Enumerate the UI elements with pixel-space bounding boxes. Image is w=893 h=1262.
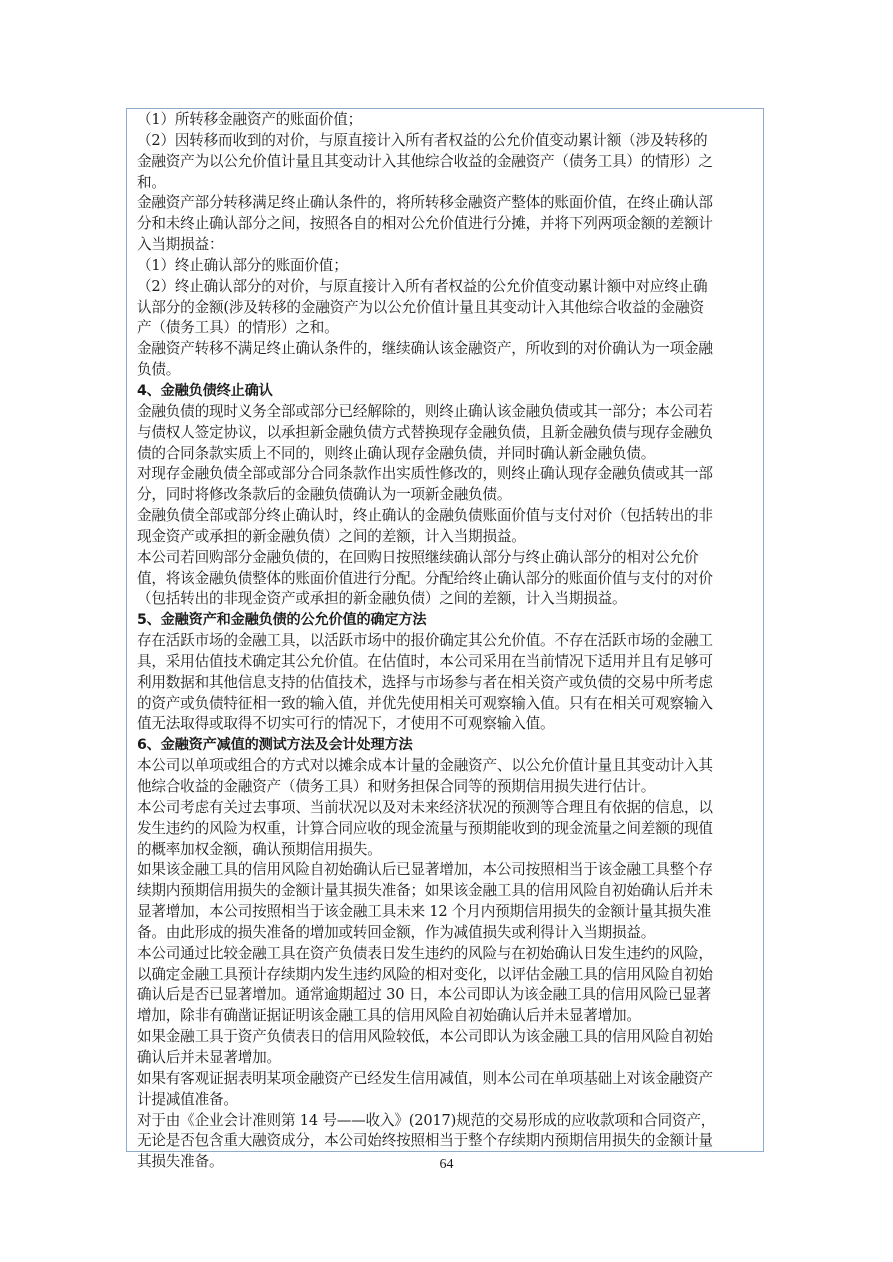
text-line: 以确定金融工具预计存续期内发生违约风险的相对变化，以评估金融工具的信用风险自初始 (137, 965, 757, 986)
text-line: 金融资产转移不满足终止确认条件的，继续确认该金融资产，所收到的对价确认为一项金融 (137, 339, 757, 360)
text-line: 本公司以单项或组合的方式对以摊余成本计量的金融资产、以公允价值计量且其变动计入其 (137, 756, 757, 777)
text-line: 如果该金融工具的信用风险自初始确认后已显著增加，本公司按照相当于该金融工具整个存 (137, 860, 757, 881)
text-line: 续期内预期信用损失的金额计量其损失准备；如果该金融工具的信用风险自初始确认后并未 (137, 881, 757, 902)
content-box: （1）所转移金融资产的账面价值；（2）因转移而收到的对价，与原直接计入所有者权益… (126, 108, 764, 1152)
text-line: 本公司通过比较金融工具在资产负债表日发生违约的风险与在初始确认日发生违约的风险， (137, 944, 757, 965)
text-line: 金融负债全部或部分终止确认时，终止确认的金融负债账面价值与支付对价（包括转出的非 (137, 506, 757, 527)
section-heading: 5、金融资产和金融负债的公允价值的确定方法 (137, 610, 757, 631)
text-line: 入当期损益： (137, 235, 757, 256)
text-line: 无论是否包含重大融资成分，本公司始终按照相当于整个存续期内预期信用损失的金额计量 (137, 1131, 757, 1152)
text-line: 计提减值准备。 (137, 1090, 757, 1111)
text-line: 存在活跃市场的金融工具，以活跃市场中的报价确定其公允价值。不存在活跃市场的金融工 (137, 631, 757, 652)
section-heading: 6、金融资产减值的测试方法及会计处理方法 (137, 735, 757, 756)
text-line: 显著增加，本公司按照相当于该金融工具未来 12 个月内预期信用损失的金额计量其损… (137, 902, 757, 923)
text-line: （2）终止确认部分的对价，与原直接计入所有者权益的公允价值变动累计额中对应终止确 (137, 277, 757, 298)
text-line: 与债权人签定协议，以承担新金融负债方式替换现存金融负债，且新金融负债与现存金融负 (137, 423, 757, 444)
text-line: 具，采用估值技术确定其公允价值。在估值时，本公司采用在当前情况下适用并且有足够可 (137, 652, 757, 673)
text-line: 和。 (137, 173, 757, 194)
text-line: 债的合同条款实质上不同的，则终止确认现存金融负债，并同时确认新金融负债。 (137, 444, 757, 465)
text-line: 本公司考虑有关过去事项、当前状况以及对未来经济状况的预测等合理且有依据的信息，以 (137, 798, 757, 819)
text-line: 分，同时将修改条款后的金融负债确认为一项新金融负债。 (137, 485, 757, 506)
text-line: 的资产或负债特征相一致的输入值，并优先使用相关可观察输入值。只有在相关可观察输入 (137, 694, 757, 715)
text-line: 他综合收益的金融资产（债务工具）和财务担保合同等的预期信用损失进行估计。 (137, 777, 757, 798)
text-line: 如果金融工具于资产负债表日的信用风险较低，本公司即认为该金融工具的信用风险自初始 (137, 1027, 757, 1048)
text-line: 本公司若回购部分金融负债的，在回购日按照继续确认部分与终止确认部分的相对公允价 (137, 548, 757, 569)
text-line: 增加，除非有确凿证据证明该金融工具的信用风险自初始确认后并未显著增加。 (137, 1006, 757, 1027)
text-line: 负债。 (137, 360, 757, 381)
text-line: 利用数据和其他信息支持的估值技术，选择与市场参与者在相关资产或负债的交易中所考虑 (137, 673, 757, 694)
text-line: 值，将该金融负债整体的账面价值进行分配。分配给终止确认部分的账面价值与支付的对价 (137, 569, 757, 590)
text-line: （1）终止确认部分的账面价值； (137, 256, 757, 277)
text-line: （包括转出的非现金资产或承担的新金融负债）之间的差额，计入当期损益。 (137, 589, 757, 610)
text-line: 对现存金融负债全部或部分合同条款作出实质性修改的，则终止确认现存金融负债或其一部 (137, 464, 757, 485)
text-line: 产（债务工具）的情形）之和。 (137, 318, 757, 339)
text-line: 发生违约的风险为权重，计算合同应收的现金流量与预期能收到的现金流量之间差额的现值 (137, 819, 757, 840)
text-line: 金融负债的现时义务全部或部分已经解除的，则终止确认该金融负债或其一部分；本公司若 (137, 402, 757, 423)
text-line: 分和未终止确认部分之间，按照各自的相对公允价值进行分摊，并将下列两项金额的差额计 (137, 214, 757, 235)
text-line: 的概率加权金额，确认预期信用损失。 (137, 840, 757, 861)
text-line: 金融资产为以公允价值计量且其变动计入其他综合收益的金融资产（债务工具）的情形）之 (137, 152, 757, 173)
text-line: 如果有客观证据表明某项金融资产已经发生信用减值，则本公司在单项基础上对该金融资产 (137, 1069, 757, 1090)
text-line: 金融资产部分转移满足终止确认条件的，将所转移金融资产整体的账面价值，在终止确认部 (137, 193, 757, 214)
text-line: （1）所转移金融资产的账面价值； (137, 110, 757, 131)
text-line: 值无法取得或取得不切实可行的情况下，才使用不可观察输入值。 (137, 714, 757, 735)
text-line: 备。由此形成的损失准备的增加或转回金额，作为减值损失或利得计入当期损益。 (137, 923, 757, 944)
section-heading: 4、金融负债终止确认 (137, 381, 757, 402)
text-line: 确认后是否已显著增加。通常逾期超过 30 日，本公司即认为该金融工具的信用风险已… (137, 985, 757, 1006)
text-line: 确认后并未显著增加。 (137, 1048, 757, 1069)
text-line: 认部分的金额(涉及转移的金融资产为以公允价值计量且其变动计入其他综合收益的金融资 (137, 298, 757, 319)
page-number: 64 (0, 1157, 893, 1173)
text-line: 现金资产或承担的新金融负债）之间的差额，计入当期损益。 (137, 527, 757, 548)
text-line: 对于由《企业会计准则第 14 号——收入》(2017)规范的交易形成的应收款项和… (137, 1111, 757, 1132)
text-line: （2）因转移而收到的对价，与原直接计入所有者权益的公允价值变动累计额（涉及转移的 (137, 131, 757, 152)
